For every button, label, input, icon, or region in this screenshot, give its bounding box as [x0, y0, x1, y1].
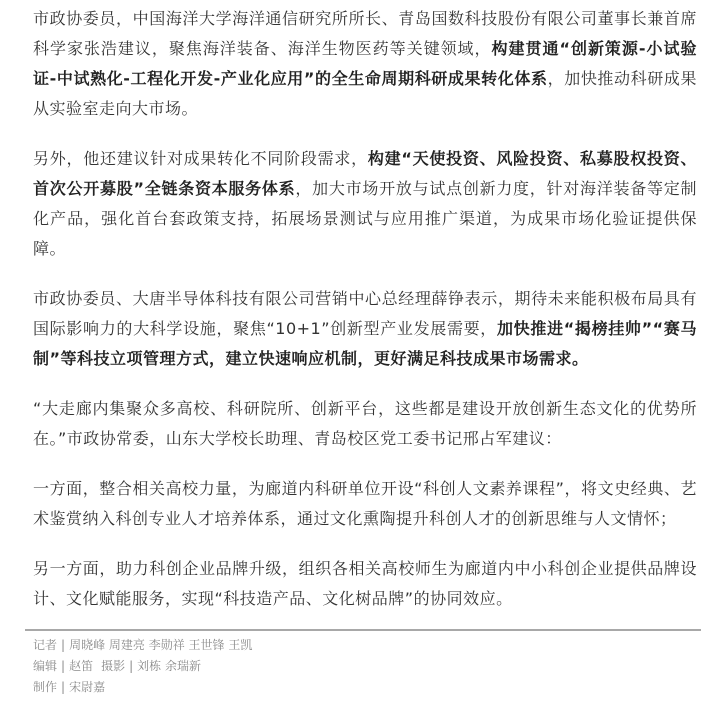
paragraph-text: 一方面，整合相关高校力量，为廊道内科研单位开设“科创人文素养课程”，将文史经典、…: [33, 479, 697, 528]
credit-names: 周晓峰 周建亮 李勋祥 王世锋 王凯: [69, 638, 252, 652]
credit-production: 制作|宋尉嘉: [33, 677, 252, 698]
paragraph-6: 另一方面，助力科创企业品牌升级，组织各相关高校师生为廊道内中小科创企业提供品牌设…: [33, 554, 697, 614]
credit-separator: |: [61, 659, 65, 673]
credit-role: 制作: [33, 680, 57, 694]
credit-names: 赵笛: [69, 659, 93, 673]
paragraph-4: “大走廊内集聚众多高校、科研院所、创新平台，这些都是建设开放创新生态文化的优势所…: [33, 394, 697, 454]
credits-divider: [25, 629, 701, 631]
credit-separator: |: [129, 659, 133, 673]
paragraph-text: “大走廊内集聚众多高校、科研院所、创新平台，这些都是建设开放创新生态文化的优势所…: [33, 399, 697, 448]
credit-role: 编辑: [33, 659, 57, 673]
paragraph-1: 市政协委员，中国海洋大学海洋通信研究所所长、青岛国数科技股份有限公司董事长兼首席…: [33, 4, 697, 124]
credit-names: 宋尉嘉: [69, 680, 105, 694]
article-body: 市政协委员，中国海洋大学海洋通信研究所所长、青岛国数科技股份有限公司董事长兼首席…: [33, 4, 697, 634]
paragraph-5: 一方面，整合相关高校力量，为廊道内科研单位开设“科创人文素养课程”，将文史经典、…: [33, 474, 697, 534]
paragraph-2: 另外，他还建议针对成果转化不同阶段需求，构建“天使投资、风险投资、私募股权投资、…: [33, 144, 697, 264]
paragraph-text: 另一方面，助力科创企业品牌升级，组织各相关高校师生为廊道内中小科创企业提供品牌设…: [33, 559, 697, 608]
credit-names: 刘栋 余瑞新: [137, 659, 201, 673]
credit-role: 摄影: [101, 659, 125, 673]
paragraph-text: 另外，他还建议针对成果转化不同阶段需求，: [33, 149, 368, 168]
credits-block: 记者|周晓峰 周建亮 李勋祥 王世锋 王凯 编辑|赵笛摄影|刘栋 余瑞新 制作|…: [33, 635, 252, 698]
credit-role: 记者: [33, 638, 57, 652]
credit-editor-photo: 编辑|赵笛摄影|刘栋 余瑞新: [33, 656, 252, 677]
credit-separator: |: [61, 638, 65, 652]
credit-separator: |: [61, 680, 65, 694]
credit-reporters: 记者|周晓峰 周建亮 李勋祥 王世锋 王凯: [33, 635, 252, 656]
paragraph-3: 市政协委员、大唐半导体科技有限公司营销中心总经理薛铮表示，期待未来能积极布局具有…: [33, 284, 697, 374]
